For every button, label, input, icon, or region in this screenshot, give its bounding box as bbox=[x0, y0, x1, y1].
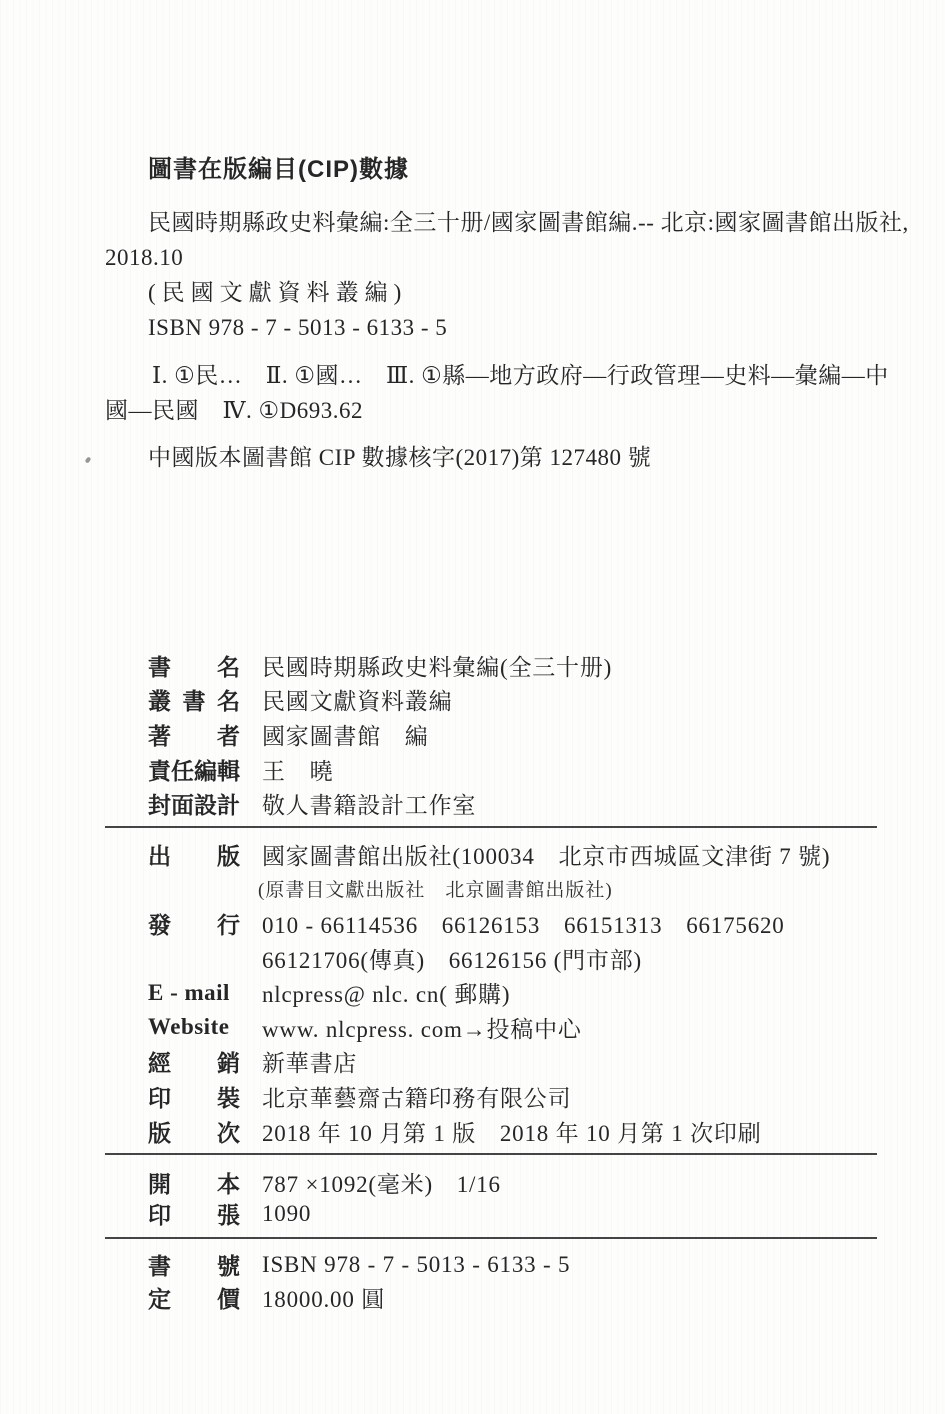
colophon-row: 定價18000.00 圓 bbox=[105, 1281, 877, 1314]
row-label: 定價 bbox=[148, 1281, 240, 1314]
cip-heading: 圖書在版編目(CIP)數據 bbox=[148, 156, 880, 184]
row-label: 發行 bbox=[148, 907, 240, 940]
colophon-row: 責任編輯王 曉 bbox=[105, 752, 877, 787]
row-value: (原書目文獻出版社 北京圖書館出版社) bbox=[258, 875, 613, 902]
colophon-row: 出版國家圖書館出版社(100034 北京市西城區文津街 7 號) bbox=[105, 837, 877, 872]
row-label: 責任編輯 bbox=[148, 753, 240, 786]
colophon-row: 書名民國時期縣政史料彙編(全三十册) bbox=[105, 648, 877, 683]
row-value: 新華書店 bbox=[262, 1045, 357, 1078]
colophon-row: 叢書名民國文獻資料叢編 bbox=[105, 683, 877, 718]
colophon-row: 經銷新華書店 bbox=[105, 1045, 877, 1080]
colophon-row: E - mailnlcpress@ nlc. cn( 郵購) bbox=[105, 975, 877, 1010]
cip-series-note: (民國文獻資料叢編) bbox=[148, 275, 880, 310]
cip-block: 圖書在版編目(CIP)數據 民國時期縣政史料彙編:全三十册/國家圖書館編.-- … bbox=[105, 156, 880, 475]
row-value: 民國文獻資料叢編 bbox=[262, 683, 452, 716]
row-value: 民國時期縣政史料彙編(全三十册) bbox=[262, 649, 612, 682]
colophon-section-pricing: 書號ISBN 978 - 7 - 5013 - 6133 - 5定價18000.… bbox=[105, 1239, 877, 1314]
cip-record-line-1: 民國時期縣政史料彙編:全三十册/國家圖書館編.-- 北京:國家圖書館出版社, bbox=[148, 205, 880, 240]
colophon-section-publishing: 出版國家圖書館出版社(100034 北京市西城區文津街 7 號)(原書目文獻出版… bbox=[105, 828, 877, 1155]
row-value: 北京華藝齋古籍印務有限公司 bbox=[262, 1080, 571, 1113]
row-label: 印裝 bbox=[148, 1080, 240, 1113]
row-label: 經銷 bbox=[148, 1045, 240, 1078]
colophon: 書名民國時期縣政史料彙編(全三十册)叢書名民國文獻資料叢編著者國家圖書館 編責任… bbox=[105, 648, 877, 1314]
row-label: 書名 bbox=[148, 649, 240, 682]
row-label: 版次 bbox=[148, 1115, 240, 1148]
cip-record-number: 中國版本圖書館 CIP 數據核字(2017)第 127480 號 bbox=[148, 440, 880, 475]
row-value: 2018 年 10 月第 1 版 2018 年 10 月第 1 次印刷 bbox=[262, 1115, 762, 1148]
cip-classification-line-2: 國—民國 Ⅳ. ①D693.62 bbox=[105, 393, 880, 428]
row-value: 國家圖書館 編 bbox=[262, 718, 429, 751]
row-label: 書號 bbox=[148, 1248, 240, 1281]
row-label: 叢書名 bbox=[148, 683, 240, 716]
row-label: E - mail bbox=[148, 980, 240, 1006]
colophon-row: 66121706(傳真) 66126156 (門市部) bbox=[105, 941, 877, 976]
cip-classification-line-1: Ⅰ. ①民… Ⅱ. ①國… Ⅲ. ①縣—地方政府—行政管理—史料—彙編—中 bbox=[152, 358, 880, 393]
colophon-row: 封面設計敬人書籍設計工作室 bbox=[105, 786, 877, 821]
row-value: 010 - 66114536 66126153 66151313 6617562… bbox=[262, 907, 785, 940]
row-label: Website bbox=[148, 1014, 240, 1040]
colophon-row: 發行010 - 66114536 66126153 66151313 66175… bbox=[105, 906, 877, 941]
row-label: 出版 bbox=[148, 838, 240, 871]
cip-isbn-line: ISBN 978 - 7 - 5013 - 6133 - 5 bbox=[148, 310, 880, 345]
colophon-row: (原書目文獻出版社 北京圖書館出版社) bbox=[105, 872, 877, 907]
colophon-row: 書號ISBN 978 - 7 - 5013 - 6133 - 5 bbox=[105, 1248, 877, 1281]
row-label: 封面設計 bbox=[148, 787, 240, 820]
colophon-row: Websitewww. nlcpress. com→投稿中心 bbox=[105, 1010, 877, 1045]
colophon-row: 著者國家圖書館 編 bbox=[105, 717, 877, 752]
row-value: 國家圖書館出版社(100034 北京市西城區文津街 7 號) bbox=[262, 838, 830, 871]
row-label: 印張 bbox=[148, 1197, 240, 1230]
row-value: 王 曉 bbox=[262, 753, 333, 786]
colophon-row: 印裝北京華藝齋古籍印務有限公司 bbox=[105, 1079, 877, 1114]
row-value: 敬人書籍設計工作室 bbox=[262, 787, 476, 820]
row-value: 1090 bbox=[262, 1201, 311, 1227]
colophon-row: 開本787 ×1092(毫米) 1/16 bbox=[105, 1167, 877, 1198]
row-value: nlcpress@ nlc. cn( 郵購) bbox=[262, 976, 510, 1009]
colophon-row: 版次2018 年 10 月第 1 版 2018 年 10 月第 1 次印刷 bbox=[105, 1114, 877, 1149]
colophon-row: 印張1090 bbox=[105, 1198, 877, 1229]
row-label: 開本 bbox=[148, 1166, 240, 1199]
row-value: ISBN 978 - 7 - 5013 - 6133 - 5 bbox=[262, 1252, 570, 1278]
row-value: 66121706(傳真) 66126156 (門市部) bbox=[262, 942, 642, 975]
colophon-section-format: 開本787 ×1092(毫米) 1/16印張1090 bbox=[105, 1155, 877, 1239]
row-value: 18000.00 圓 bbox=[262, 1281, 385, 1314]
row-label: 著者 bbox=[148, 718, 240, 751]
ink-speck-artifact bbox=[85, 456, 92, 463]
colophon-section-titles: 書名民國時期縣政史料彙編(全三十册)叢書名民國文獻資料叢編著者國家圖書館 編責任… bbox=[105, 648, 877, 828]
row-value: www. nlcpress. com→投稿中心 bbox=[262, 1011, 582, 1044]
row-value: 787 ×1092(毫米) 1/16 bbox=[262, 1166, 501, 1199]
cip-record-line-2: 2018.10 bbox=[105, 240, 880, 275]
